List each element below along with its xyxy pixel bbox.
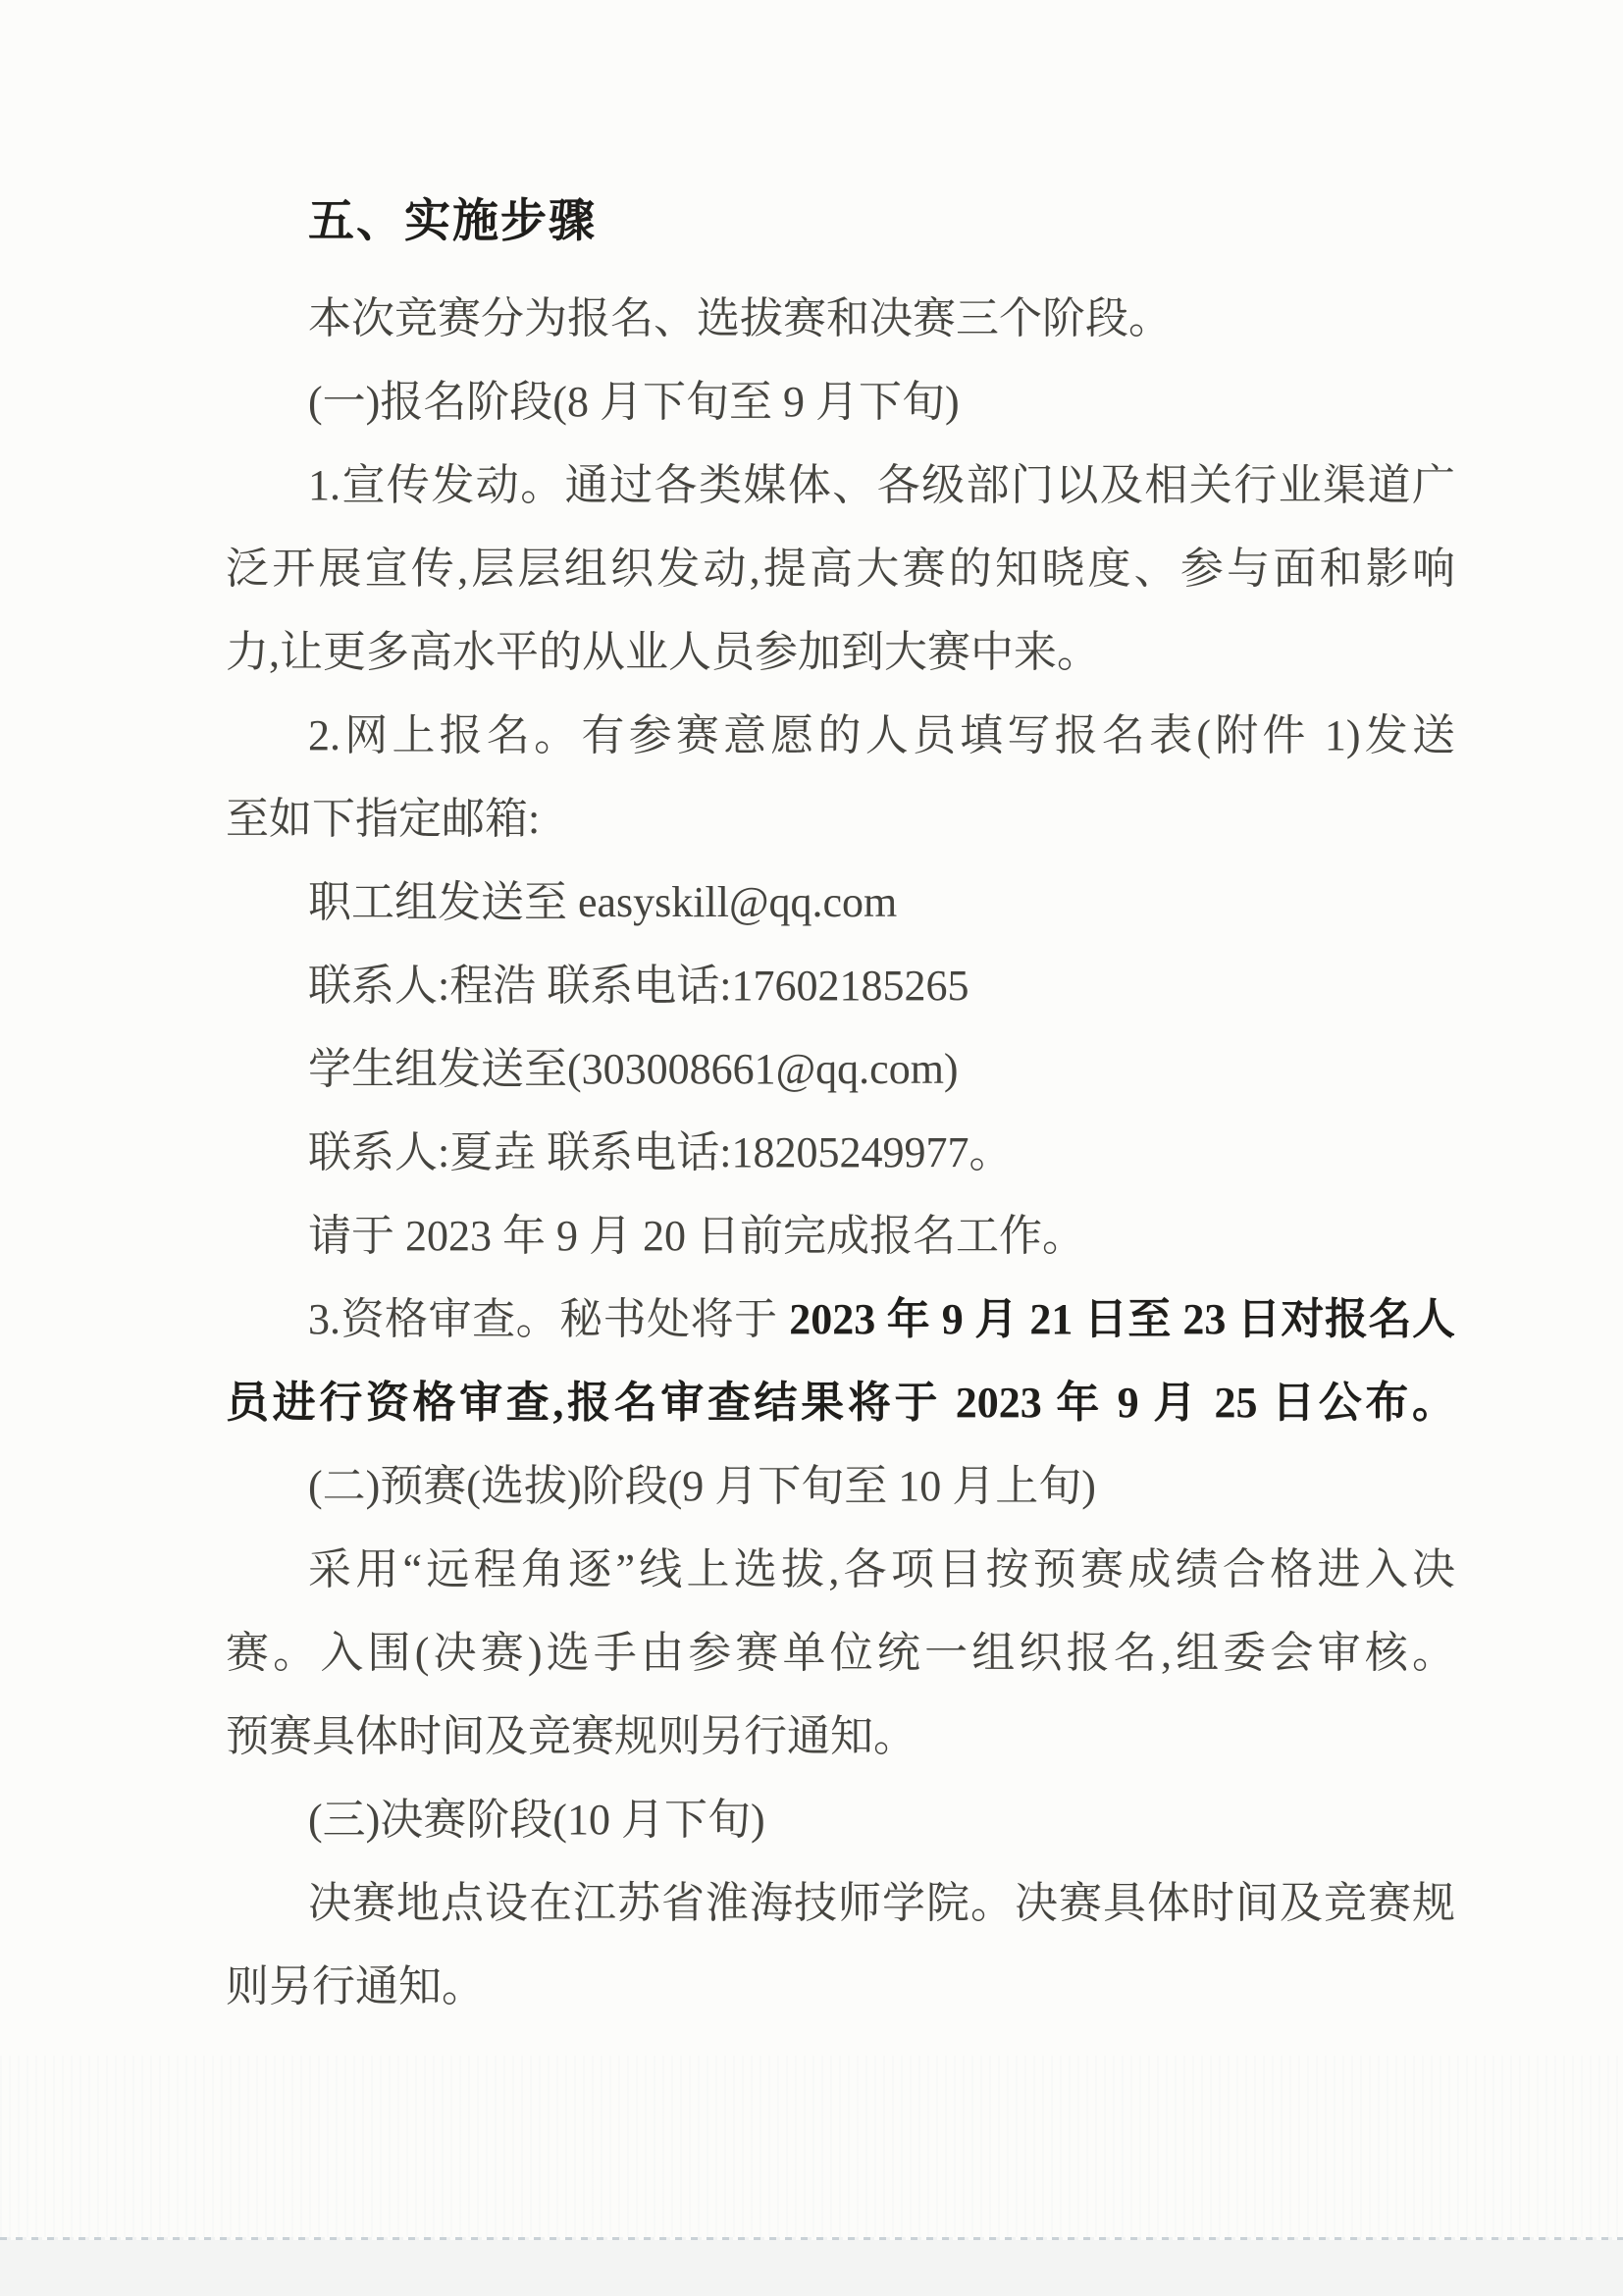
text-line: 3.资格审查。秘书处将于 2023 年 9 月 21 日至 23 日对报名人 <box>226 1278 1455 1361</box>
text-run: 力,让更多高水平的从业人员参加到大赛中来。 <box>226 628 1100 676</box>
text-run: 则另行通知。 <box>226 1962 485 2010</box>
text-run: 采用“远程角逐”线上选拔,各项目按预赛成绩合格进入决 <box>308 1545 1455 1593</box>
doc-heading: 五、实施步骤 <box>226 167 1455 277</box>
text-run: 赛。入围(决赛)选手由参赛单位统一组织报名,组委会审核。 <box>226 1629 1455 1677</box>
text-line: 员进行资格审查,报名审查结果将于 2023 年 9 月 25 日公布。 <box>226 1361 1455 1444</box>
text-run: 职工组发送至 easyskill@qq.com <box>308 878 897 926</box>
text-line: 则另行通知。 <box>226 1945 1455 2028</box>
text-line: 采用“远程角逐”线上选拔,各项目按预赛成绩合格进入决 <box>226 1528 1455 1611</box>
text-run: 至如下指定邮箱: <box>226 795 540 843</box>
text-run: 2.网上报名。有参赛意愿的人员填写报名表(附件 1)发送 <box>308 711 1455 759</box>
bold-text-run: 员进行资格审查,报名审查结果将于 2023 年 9 月 25 日公布。 <box>226 1379 1455 1427</box>
text-line: 预赛具体时间及竞赛规则另行通知。 <box>226 1695 1455 1778</box>
text-line: 职工组发送至 easyskill@qq.com <box>226 861 1455 944</box>
text-run: 3.资格审查。秘书处将于 <box>308 1295 789 1343</box>
text-run: (二)预赛(选拔)阶段(9 月下旬至 10 月上旬) <box>308 1462 1096 1510</box>
text-run: 1.宣传发动。通过各类媒体、各级部门以及相关行业渠道广 <box>308 461 1455 509</box>
text-line: 1.宣传发动。通过各类媒体、各级部门以及相关行业渠道广 <box>226 444 1455 527</box>
document-body: 五、实施步骤本次竞赛分为报名、选拔赛和决赛三个阶段。(一)报名阶段(8 月下旬至… <box>226 167 1455 2028</box>
scanned-document-page: 五、实施步骤本次竞赛分为报名、选拔赛和决赛三个阶段。(一)报名阶段(8 月下旬至… <box>0 0 1623 2296</box>
text-line: 学生组发送至(303008661@qq.com) <box>226 1027 1455 1111</box>
text-run: 决赛地点设在江苏省淮海技师学院。决赛具体时间及竞赛规 <box>308 1879 1455 1927</box>
text-run: 联系人:程浩 联系电话:17602185265 <box>308 962 969 1010</box>
text-line: (三)决赛阶段(10 月下旬) <box>226 1778 1455 1861</box>
text-line: 联系人:程浩 联系电话:17602185265 <box>226 944 1455 1027</box>
text-line: 联系人:夏垚 联系电话:18205249977。 <box>226 1111 1455 1194</box>
text-line: 赛。入围(决赛)选手由参赛单位统一组织报名,组委会审核。 <box>226 1611 1455 1695</box>
text-line: 2.网上报名。有参赛意愿的人员填写报名表(附件 1)发送 <box>226 694 1455 777</box>
text-run: 学生组发送至(303008661@qq.com) <box>308 1045 959 1093</box>
text-run: 泛开展宣传,层层组织发动,提高大赛的知晓度、参与面和影响 <box>226 545 1455 593</box>
text-run: 预赛具体时间及竞赛规则另行通知。 <box>226 1712 916 1760</box>
text-run: 本次竞赛分为报名、选拔赛和决赛三个阶段。 <box>308 294 1172 342</box>
text-run: 联系人:夏垚 联系电话:18205249977。 <box>308 1128 1012 1176</box>
text-line: 请于 2023 年 9 月 20 日前完成报名工作。 <box>226 1194 1455 1278</box>
scan-bottom-band <box>0 2240 1623 2296</box>
text-run: 请于 2023 年 9 月 20 日前完成报名工作。 <box>308 1212 1085 1260</box>
bold-text-run: 五、实施步骤 <box>308 194 597 248</box>
bold-text-run: 2023 年 9 月 21 日至 23 日对报名人 <box>789 1295 1455 1343</box>
text-run: (一)报名阶段(8 月下旬至 9 月下旬) <box>308 378 960 426</box>
text-line: (一)报名阶段(8 月下旬至 9 月下旬) <box>226 360 1455 444</box>
text-line: 至如下指定邮箱: <box>226 777 1455 861</box>
text-line: (二)预赛(选拔)阶段(9 月下旬至 10 月上旬) <box>226 1444 1455 1528</box>
scan-noise-streaks <box>0 2056 1623 2237</box>
text-line: 力,让更多高水平的从业人员参加到大赛中来。 <box>226 610 1455 694</box>
text-line: 泛开展宣传,层层组织发动,提高大赛的知晓度、参与面和影响 <box>226 527 1455 610</box>
text-line: 决赛地点设在江苏省淮海技师学院。决赛具体时间及竞赛规 <box>226 1861 1455 1945</box>
text-run: (三)决赛阶段(10 月下旬) <box>308 1796 765 1844</box>
text-line: 本次竞赛分为报名、选拔赛和决赛三个阶段。 <box>226 277 1455 360</box>
